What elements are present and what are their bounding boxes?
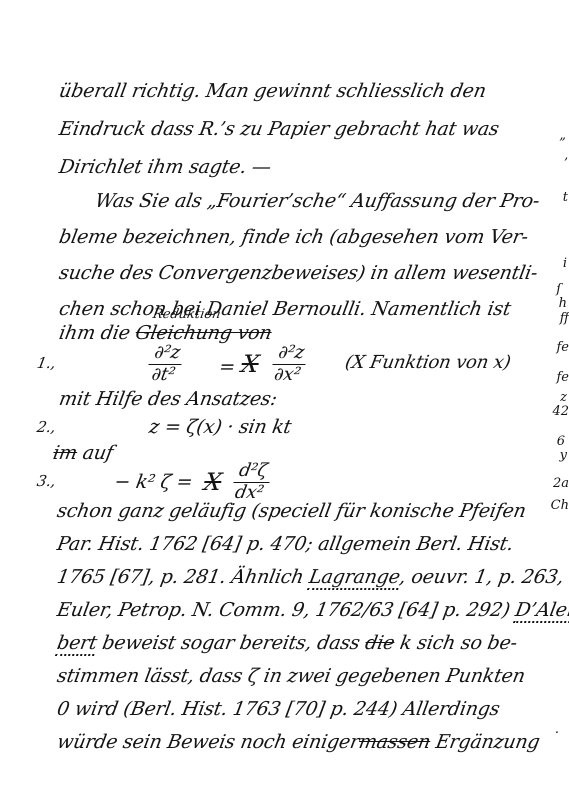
handwritten-text: bert beweist sogar bereits, dass die k s… [55, 632, 518, 654]
fraction: ∂²z∂x² [269, 344, 310, 385]
text-segment: Euler, Petrop. N. Comm. 9, 1762/63 [64] … [55, 599, 517, 621]
handwritten-text: Euler, Petrop. N. Comm. 9, 1762/63 [64] … [55, 599, 569, 621]
fraction-denominator: ∂t² [145, 365, 182, 385]
underlined-name-dalembert: D’Alem- [513, 599, 569, 623]
struck-text: Gleichung von [134, 322, 274, 344]
ink-fragment: Ch [551, 498, 569, 513]
handwritten-text: Dirichlet ihm sagte. — [57, 156, 272, 178]
text-segment: 1765 [67], p. 281. Ähnlich [55, 566, 311, 588]
text-segment: ihm die [57, 322, 137, 344]
formula-annotation: (X Funktion von x) [343, 352, 512, 373]
ink-fragment: z [560, 390, 567, 405]
text-line: bert beweist sogar bereits, dass die k s… [56, 632, 533, 665]
text-segment: Ergänzung [428, 731, 541, 753]
ink-fragment: 42 [552, 404, 569, 419]
underlined-name-bert: bert [55, 632, 99, 656]
underlined-name-lagrange: Lagrange [307, 566, 402, 590]
ink-fragment: „ [559, 128, 566, 143]
handwritten-text: stimmen lässt, dass ζ in zwei gegebenen … [55, 665, 526, 687]
formula-lhs: − k² ζ = [113, 471, 195, 493]
paragraph-2: Was Sie als „Fourier’sche“ Auffassung de… [58, 190, 525, 334]
formula-number: 3., [36, 472, 58, 490]
handwritten-text: 1765 [67], p. 281. Ähnlich Lagrange, oeu… [55, 566, 565, 588]
manuscript-scan: überall richtig. Man gewinnt schliesslic… [0, 0, 569, 805]
formula-number: 2., [36, 418, 58, 436]
text-line: bleme bezeichnen, finde ich (abgesehen v… [58, 226, 525, 262]
text-line: stimmen lässt, dass ζ in zwei gegebenen … [56, 665, 533, 698]
fraction-numerator: d²ζ [233, 462, 273, 483]
handwritten-text: 0 wird (Berl. Hist. 1763 [70] p. 244) Al… [55, 698, 501, 720]
inserted-word: Reduktion [152, 307, 222, 322]
ink-fragment: 2a [553, 476, 569, 491]
text-line: würde sein Beweis noch einigermassen Erg… [56, 731, 533, 764]
ink-fragment: ’ [564, 156, 568, 171]
ink-fragment: i [563, 256, 567, 271]
text-line: Euler, Petrop. N. Comm. 9, 1762/63 [64] … [56, 599, 533, 632]
formula-body: − k² ζ = X d²ζdx² [111, 462, 273, 503]
text-segment: würde sein Beweis noch einiger [55, 731, 361, 753]
text-line: Par. Hist. 1762 [64] p. 470; allgemein B… [56, 533, 533, 566]
text-segment: , oeuvr. 1, p. 263, [398, 566, 566, 588]
ink-fragment: t [563, 190, 568, 205]
text-segment: beweist sogar bereits, dass [95, 632, 368, 654]
text-line: überall richtig. Man gewinnt schliesslic… [58, 80, 525, 118]
struck-segment-wrap: Gleichung vonReduktion [134, 322, 274, 344]
ink-fragment: . [555, 722, 559, 737]
text-line: Eindruck dass R.’s zu Papier gebracht ha… [58, 118, 525, 156]
struck-text: die [364, 632, 397, 654]
ink-fragment: 6 [557, 434, 565, 449]
handwritten-text: chen schon bei Daniel Bernoulli. Namentl… [57, 298, 512, 320]
handwritten-text: bleme bezeichnen, finde ich (abgesehen v… [57, 226, 529, 248]
fraction: d²ζdx² [230, 462, 273, 503]
text-segment: k sich so be- [392, 632, 518, 654]
text-line: schon ganz geläufig (speciell für konisc… [56, 500, 533, 533]
paragraph-1: überall richtig. Man gewinnt schliesslic… [58, 80, 525, 194]
handwritten-text: Was Sie als „Fourier’sche“ Auffassung de… [93, 190, 541, 212]
text-line-mit-hilfe: mit Hilfe des Ansatzes: [58, 388, 525, 410]
handwritten-text: ihm die Gleichung vonReduktion [57, 322, 273, 344]
ink-fragment: y [560, 448, 567, 463]
ink-fragment: fe [556, 340, 569, 355]
handwritten-text: schon ganz geläufig (speciell für konisc… [55, 500, 527, 522]
ink-fragment: fe [556, 370, 569, 385]
text-line: 0 wird (Berl. Hist. 1763 [70] p. 244) Al… [56, 698, 533, 731]
handwritten-text: mit Hilfe des Ansatzes: [57, 388, 278, 410]
handwritten-text: überall richtig. Man gewinnt schliesslic… [57, 80, 487, 102]
equals-sign: = [217, 356, 237, 378]
fraction-numerator: ∂²z [272, 344, 309, 365]
formula-body: z = ζ(x) · sin kt [147, 416, 293, 438]
text-line: Was Sie als „Fourier’sche“ Auffassung de… [58, 190, 525, 226]
ink-fragment: ff [560, 311, 569, 326]
fraction: ∂²z∂t² [145, 344, 186, 385]
formula-number: 1., [36, 354, 58, 372]
ink-fragment: h [559, 296, 567, 311]
text-line: 1765 [67], p. 281. Ähnlich Lagrange, oeu… [56, 566, 533, 599]
handwritten-text: würde sein Beweis noch einigermassen Erg… [55, 731, 541, 753]
coefficient-X: X [202, 468, 224, 496]
text-line: Dirichlet ihm sagte. — [58, 156, 525, 194]
handwritten-text: Eindruck dass R.’s zu Papier gebracht ha… [57, 118, 500, 140]
coefficient-X: X [239, 350, 261, 378]
fraction-numerator: ∂²z [148, 344, 185, 365]
handwritten-text: suche des Convergenzbeweises) in allem w… [57, 262, 539, 284]
struck-text: massen [357, 731, 432, 753]
ink-fragment: ſ [556, 282, 561, 297]
fraction-denominator: ∂x² [269, 365, 306, 385]
handwritten-text: Par. Hist. 1762 [64] p. 470; allgemein B… [55, 533, 515, 555]
correction-line: ihm die Gleichung vonReduktion [58, 322, 525, 344]
paragraph-3: schon ganz geläufig (speciell für konisc… [56, 500, 533, 764]
text-line: suche des Convergenzbeweises) in allem w… [58, 262, 525, 298]
